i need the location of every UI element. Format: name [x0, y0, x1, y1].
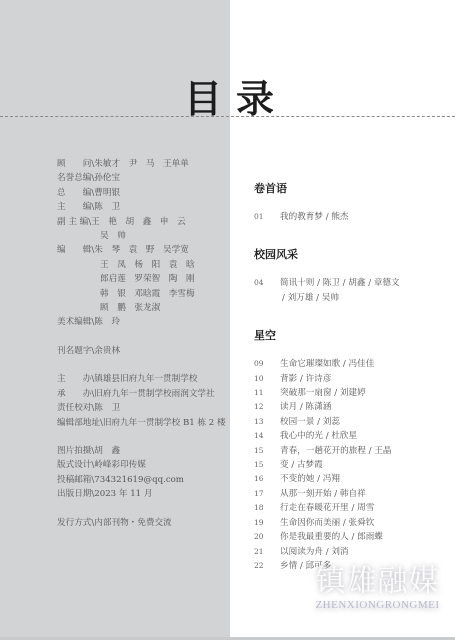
- toc-entry[interactable]: 15变 / 古梦霞: [254, 458, 454, 472]
- credit-label: 图片拍摄\: [57, 444, 94, 458]
- credit-row: 承 办\旧府九年一贯制学校雨润文学社: [57, 387, 227, 401]
- credit-value: 曹明银: [94, 186, 120, 200]
- credit-value: 吴 帅: [100, 229, 126, 243]
- page-title: 目录: [184, 68, 288, 123]
- entry-title: 青春，一趟花开的旅程 / 王晶: [280, 444, 454, 458]
- page-number: 13: [254, 415, 280, 429]
- page-number: 20: [254, 530, 280, 544]
- credit-row: 发行方式\内部刊物・免费交流: [57, 516, 227, 530]
- toc-entry[interactable]: 12读月 / 陈潇涵: [254, 400, 454, 414]
- entry-title: 背影 / 许诗彦: [280, 372, 454, 386]
- page-number: 11: [254, 386, 280, 400]
- page-number: 15: [254, 458, 280, 472]
- credit-value: 734321619@qq.com: [94, 473, 184, 487]
- credit-value: 孙伦宝: [94, 171, 120, 185]
- credit-row: 责任校对\陈 卫: [57, 401, 227, 415]
- credit-row: 名誉总编\孙伦宝: [57, 171, 227, 185]
- credit-value: 2023 年 11 月: [94, 487, 152, 501]
- credit-row: 郎启莲 罗荣智 陶 刚: [57, 272, 227, 286]
- spacer: [57, 430, 227, 444]
- credit-row: 主 编\陈 卫: [57, 200, 227, 214]
- toc-entry[interactable]: 04简讯十则 / 陈卫 / 胡鑫 / 章德文: [254, 276, 454, 290]
- entry-title: 生命因你而美丽 / 张舜钦: [280, 516, 454, 530]
- dashed-divider: [0, 116, 455, 117]
- page-number: 04: [254, 276, 280, 290]
- page-number: 18: [254, 501, 280, 515]
- credit-label: 发行方式\: [57, 516, 94, 530]
- credit-label: 编辑部地址\: [57, 416, 103, 430]
- credit-label: 版式设计\: [57, 458, 94, 472]
- entry-title: 我心中的光 / 杜欣星: [280, 429, 454, 443]
- credit-row: 编 辑\朱 琴 袁 野 吴学宽: [57, 243, 227, 257]
- toc-section: 卷首语01我的教育梦 / 熊杰: [254, 180, 454, 224]
- credit-label: 主 办\: [57, 372, 94, 386]
- credit-row: 吴 帅: [57, 229, 227, 243]
- page-number: 14: [254, 429, 280, 443]
- credit-label: 责任校对\: [57, 401, 94, 415]
- table-of-contents: 卷首语01我的教育梦 / 熊杰校园风采04简讯十则 / 陈卫 / 胡鑫 / 章德…: [254, 180, 454, 595]
- credit-label: 总 编\: [57, 186, 94, 200]
- entry-title: 校园一景 / 刘蕊: [280, 415, 454, 429]
- credit-value: 内部刊物・免费交流: [94, 516, 171, 530]
- entry-title: 行走在春暖花开里 / 周雪: [280, 501, 454, 515]
- credit-value: 镇雄县旧府九年一贯制学校: [94, 372, 197, 386]
- toc-entry[interactable]: 20你是我最重要的人 / 郎雨蝶: [254, 530, 454, 544]
- toc-entry[interactable]: 14我心中的光 / 杜欣星: [254, 429, 454, 443]
- watermark-cn: 镇雄融媒: [300, 565, 455, 599]
- toc-entry[interactable]: 19生命因你而美丽 / 张舜钦: [254, 516, 454, 530]
- credit-row: 顾 鹏 张龙淑: [57, 301, 227, 315]
- toc-entry[interactable]: 01我的教育梦 / 熊杰: [254, 210, 454, 224]
- entry-title: 我的教育梦 / 熊杰: [280, 210, 454, 224]
- credit-value: 韩 银 邓晗霞 李雪梅: [100, 287, 195, 301]
- toc-entry[interactable]: 13校园一景 / 刘蕊: [254, 415, 454, 429]
- credit-label: 出版日期\: [57, 487, 94, 501]
- credit-row: 刊名题字\余贵林: [57, 344, 227, 358]
- page-number: 15: [254, 444, 280, 458]
- toc-section: 星空09生命它璀璨如歌 / 冯佳佳10背影 / 许诗彦11突破那一扇窗 / 刘建…: [254, 327, 454, 573]
- credit-value: 陈 卫: [94, 200, 120, 214]
- toc-entry[interactable]: 18行走在春暖花开里 / 周雪: [254, 501, 454, 515]
- entry-title: 突破那一扇窗 / 刘建婷: [280, 386, 454, 400]
- credit-value: 郎启莲 罗荣智 陶 刚: [100, 272, 195, 286]
- toc-entry[interactable]: 16不变的她 / 冯翔: [254, 472, 454, 486]
- credit-label: 主 编\: [57, 200, 94, 214]
- spacer: [57, 330, 227, 344]
- credit-row: 图片拍摄\胡 鑫: [57, 444, 227, 458]
- entry-title: 从那一刻开始 / 韩自祥: [280, 487, 454, 501]
- entry-title: 简讯十则 / 陈卫 / 胡鑫 / 章德文: [280, 276, 454, 290]
- page-number: 22: [254, 559, 280, 573]
- credit-row: 顾 问\朱敏才 尹 马 王单单: [57, 157, 227, 171]
- page-number: 16: [254, 472, 280, 486]
- entry-title: 以阅读为舟 / 刘消: [280, 545, 454, 559]
- section-title: 星空: [254, 327, 454, 343]
- credit-value: 王 凤 杨 阳 袁 晗: [100, 258, 195, 272]
- credit-value: 陈 玲: [94, 315, 120, 329]
- credit-row: 美术编辑\陈 玲: [57, 315, 227, 329]
- credit-row: 主 办\镇雄县旧府九年一贯制学校: [57, 372, 227, 386]
- credit-value: 朱 琴 袁 野 吴学宽: [94, 243, 189, 257]
- credit-row: 投稿邮箱\734321619@qq.com: [57, 473, 227, 487]
- credit-label: 美术编辑\: [57, 315, 94, 329]
- watermark-en: ZHENXIONGRONGMEI: [300, 599, 455, 611]
- credit-label: 编 辑\: [57, 243, 94, 257]
- credit-label: 投稿邮箱\: [57, 473, 94, 487]
- toc-entry[interactable]: 10背影 / 许诗彦: [254, 372, 454, 386]
- watermark: 镇雄融媒 ZHENXIONGRONGMEI: [300, 565, 455, 611]
- credit-label: 承 办\: [57, 387, 94, 401]
- credit-value: 胡 鑫: [94, 444, 120, 458]
- credit-value: 旧府九年一贯制学校 B1 栋 2 楼: [103, 416, 226, 430]
- entry-title: 变 / 古梦霞: [280, 458, 454, 472]
- entry-title: 读月 / 陈潇涵: [280, 400, 454, 414]
- toc-entry[interactable]: 15青春，一趟花开的旅程 / 王晶: [254, 444, 454, 458]
- credit-row: 编辑部地址\旧府九年一贯制学校 B1 栋 2 楼: [57, 416, 227, 430]
- toc-entry[interactable]: 17从那一刻开始 / 韩自祥: [254, 487, 454, 501]
- toc-section: 校园风采04简讯十则 / 陈卫 / 胡鑫 / 章德文/ 刘万雄 / 吴帅: [254, 246, 454, 305]
- spacer: [57, 502, 227, 516]
- credit-row: 总 编\曹明银: [57, 186, 227, 200]
- credit-label: 副 主 编\: [57, 215, 91, 229]
- page-number: 01: [254, 210, 280, 224]
- page-number: 12: [254, 400, 280, 414]
- page-number: 09: [254, 357, 280, 371]
- section-title: 校园风采: [254, 246, 454, 262]
- credit-value: 王 艳 胡 鑫 申 云: [91, 215, 186, 229]
- credit-label: 刊名题字\: [57, 344, 94, 358]
- entry-title: 不变的她 / 冯翔: [280, 472, 454, 486]
- credit-value: 岭峰彩印传媒: [94, 458, 146, 472]
- toc-entry[interactable]: 11突破那一扇窗 / 刘建婷: [254, 386, 454, 400]
- credit-value: 陈 卫: [94, 401, 120, 415]
- spacer: [57, 358, 227, 372]
- credit-value: 顾 鹏 张龙淑: [100, 301, 160, 315]
- credits-block: 顾 问\朱敏才 尹 马 王单单名誉总编\孙伦宝总 编\曹明银主 编\陈 卫副 主…: [57, 157, 227, 530]
- credit-row: 出版日期\2023 年 11 月: [57, 487, 227, 501]
- entry-title-continued: / 刘万雄 / 吴帅: [254, 291, 454, 305]
- section-title: 卷首语: [254, 180, 454, 196]
- credit-value: 余贵林: [94, 344, 120, 358]
- credit-value: 朱敏才 尹 马 王单单: [94, 157, 189, 171]
- entry-title: 生命它璀璨如歌 / 冯佳佳: [280, 357, 454, 371]
- toc-entry[interactable]: 09生命它璀璨如歌 / 冯佳佳: [254, 357, 454, 371]
- credit-label: 名誉总编\: [57, 171, 94, 185]
- page-number: 10: [254, 372, 280, 386]
- credit-row: 副 主 编\王 艳 胡 鑫 申 云: [57, 215, 227, 229]
- entry-title: 你是我最重要的人 / 郎雨蝶: [280, 530, 454, 544]
- toc-entry[interactable]: 21以阅读为舟 / 刘消: [254, 545, 454, 559]
- credit-label: 顾 问\: [57, 157, 94, 171]
- credit-value: 旧府九年一贯制学校雨润文学社: [94, 387, 214, 401]
- credit-row: 王 凤 杨 阳 袁 晗: [57, 258, 227, 272]
- credit-row: 版式设计\岭峰彩印传媒: [57, 458, 227, 472]
- page-number: 19: [254, 516, 280, 530]
- page-number: 17: [254, 487, 280, 501]
- page-number: 21: [254, 545, 280, 559]
- credit-row: 韩 银 邓晗霞 李雪梅: [57, 287, 227, 301]
